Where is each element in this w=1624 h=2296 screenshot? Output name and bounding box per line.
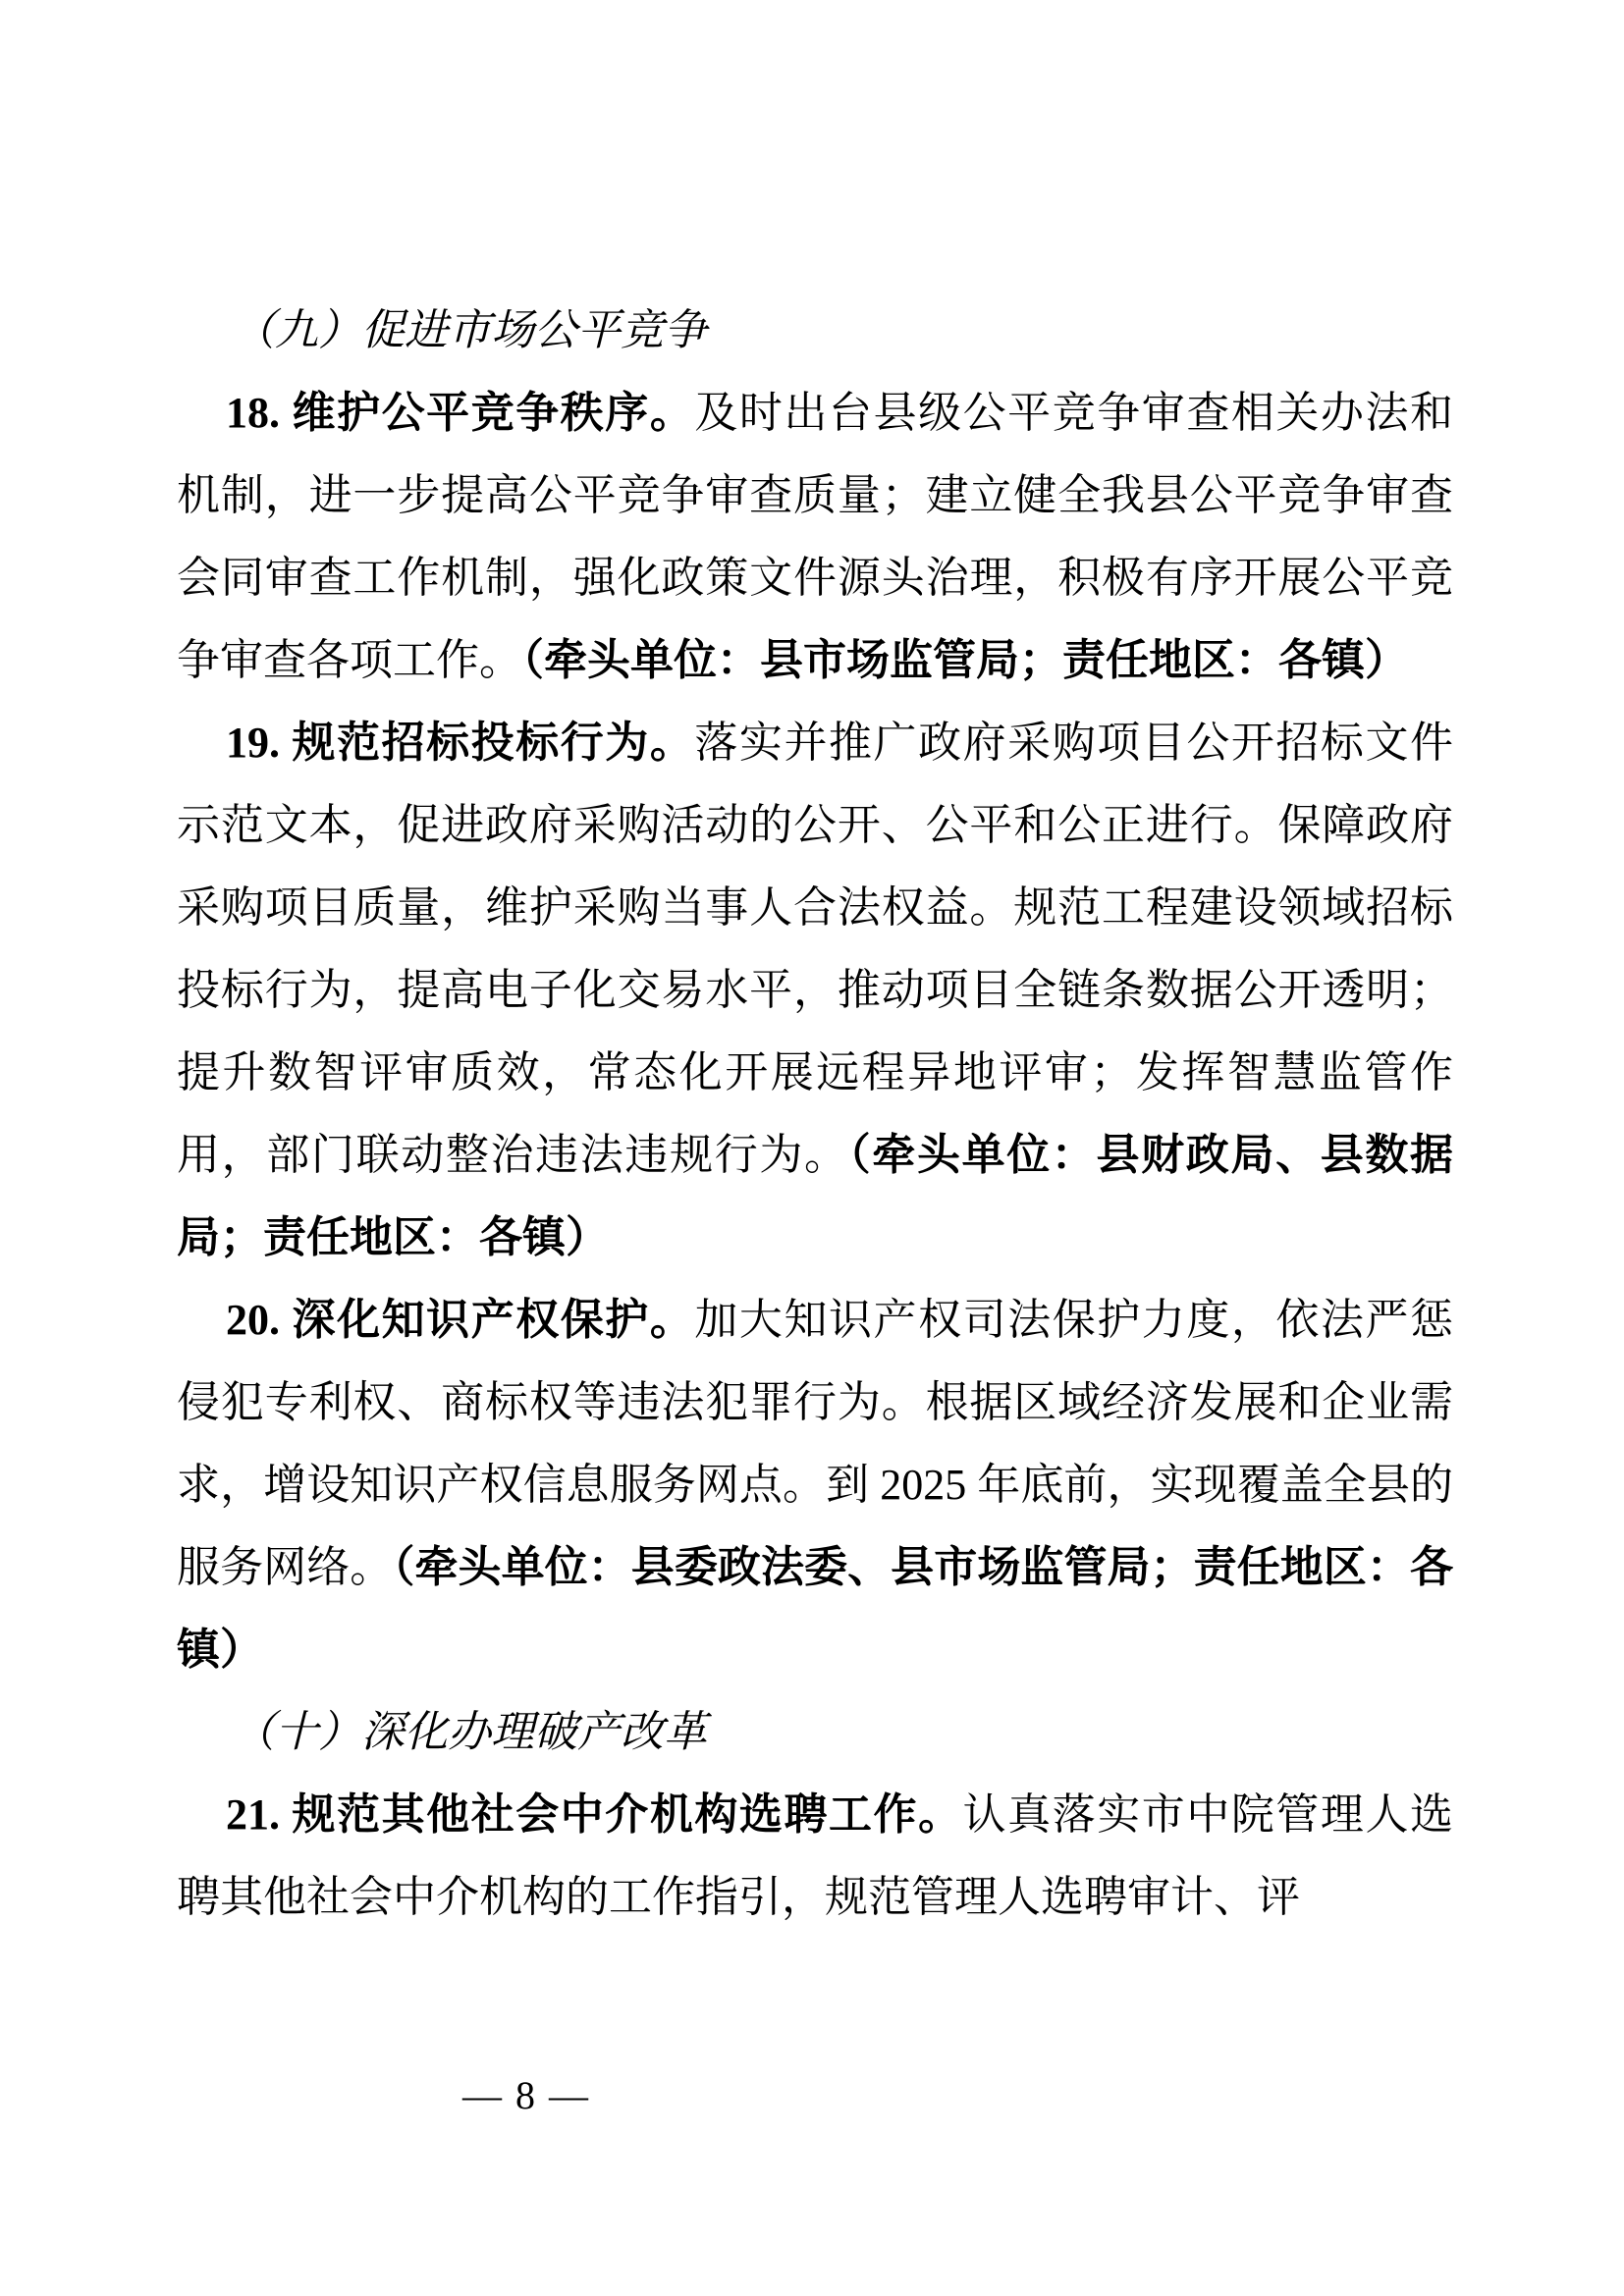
paragraph-18: 18. 维护公平竞争秩序。及时出台县级公平竞争审查相关办法和机制，进一步提高公平…	[177, 372, 1453, 702]
section-heading-10: （十）深化办理破产改革	[177, 1691, 1453, 1774]
paragraph-18-lead: 18. 维护公平竞争秩序。	[226, 389, 694, 437]
paragraph-21: 21. 规范其他社会中介机构选聘工作。认真落实市中院管理人选聘其他社会中介机构的…	[177, 1774, 1453, 1939]
paragraph-19: 19. 规范招标投标行为。落实并推广政府采购项目公开招标文件示范文本，促进政府采…	[177, 702, 1453, 1279]
paragraph-18-responsible-unit: （牵头单位：县市场监管局；责任地区：各镇）	[522, 636, 1408, 684]
paragraph-21-lead: 21. 规范其他社会中介机构选聘工作。	[226, 1790, 963, 1839]
document-body: （九）促进市场公平竞争 18. 维护公平竞争秩序。及时出台县级公平竞争审查相关办…	[177, 290, 1453, 1939]
document-page: （九）促进市场公平竞争 18. 维护公平竞争秩序。及时出台县级公平竞争审查相关办…	[0, 0, 1624, 2296]
paragraph-20: 20. 深化知识产权保护。加大知识产权司法保护力度，依法严惩侵犯专利权、商标权等…	[177, 1279, 1453, 1691]
paragraph-20-lead: 20. 深化知识产权保护。	[226, 1296, 694, 1344]
page-number: — 8 —	[0, 2073, 1053, 2118]
paragraph-19-lead: 19. 规范招标投标行为。	[226, 719, 694, 767]
paragraph-19-body: 落实并推广政府采购项目公开招标文件示范文本，促进政府采购活动的公开、公平和公正进…	[177, 719, 1453, 1179]
section-heading-9: （九）促进市场公平竞争	[177, 290, 1453, 372]
